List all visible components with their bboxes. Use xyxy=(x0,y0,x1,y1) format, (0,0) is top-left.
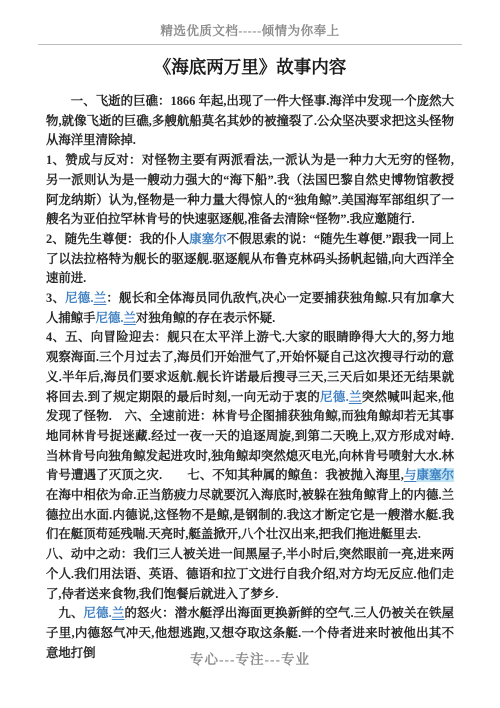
paragraph: 4、五、向冒险迎去：舰只在太平洋上游弋.大家的眼睛睁得大大的,努力地观察海面.三… xyxy=(46,328,454,545)
character-name-link[interactable]: 兰 xyxy=(123,311,135,325)
paragraph-text: 一、飞逝的巨礁：1866 年起,出现了一件大怪事.海洋中发现一个庞然大物,就像飞… xyxy=(46,94,454,147)
paragraph-text: 1、赞成与反对：对怪物主要有两派看法,一派认为是一种力大无穷的怪物,另一派则认为… xyxy=(46,153,454,226)
character-name-link[interactable]: 康塞尔 xyxy=(189,232,226,246)
paragraph-text: 3、 xyxy=(46,291,65,305)
paragraph: 1、赞成与反对：对怪物主要有两派看法,一派认为是一种力大无穷的怪物,另一派则认为… xyxy=(46,151,454,230)
header-text: 精选优质文档-----倾情为你奉上 xyxy=(160,24,339,38)
character-name-link[interactable]: 尼德. xyxy=(65,291,93,305)
header-divider xyxy=(38,44,462,45)
paragraph-text: 2、随先生尊便：我的仆人 xyxy=(46,232,189,246)
character-name-link[interactable]: 兰 xyxy=(93,291,106,305)
paragraph: 3、尼德.兰：舰长和全体海员同仇敌忾,决心一定要捕获独角鲸.只有加拿大人捕鲸手尼… xyxy=(46,289,454,328)
character-name-link[interactable]: 康塞尔 xyxy=(417,468,455,482)
paragraph-text: 对独角鲸的存在表示怀疑. xyxy=(136,311,275,325)
page-title: 《海底两万里》故事内容 xyxy=(0,55,500,79)
character-name-link[interactable]: 兰 xyxy=(349,390,362,404)
page-header: 精选优质文档-----倾情为你奉上 xyxy=(0,0,500,39)
paragraph-text: 九、 xyxy=(58,606,83,620)
character-name-link[interactable]: 尼德. xyxy=(320,390,349,404)
document-body: 一、飞逝的巨礁：1866 年起,出现了一件大怪事.海洋中发现一个庞然大物,就像飞… xyxy=(46,92,454,663)
document-page: 精选优质文档-----倾情为你奉上 《海底两万里》故事内容 一、飞逝的巨礁：18… xyxy=(0,0,500,708)
paragraph-text: 八、动中之动：我们三人被关进一间黑屋子,半小时后,突然眼前一亮,进来两个人.我们… xyxy=(46,547,454,600)
paragraph-text: 在海中相依为命.正当筋疲力尽就要沉入海底时,被躲在独角鲸背上的内德.兰德拉出水面… xyxy=(46,488,454,541)
paragraph: 八、动中之动：我们三人被关进一间黑屋子,半小时后,突然眼前一亮,进来两个人.我们… xyxy=(46,545,454,604)
character-name-link[interactable]: 兰 xyxy=(112,606,125,620)
footer-text: 专心---专注---专业 xyxy=(190,652,310,667)
paragraph: 2、随先生尊便：我的仆人康塞尔不假思索的说：“随先生尊便.”跟我一同上了以法拉格… xyxy=(46,230,454,289)
page-footer: 专心---专注---专业 xyxy=(0,648,500,668)
character-name-link[interactable]: 尼德. xyxy=(84,606,112,620)
character-name-link[interactable]: 与 xyxy=(404,468,417,482)
paragraph: 一、飞逝的巨礁：1866 年起,出现了一件大怪事.海洋中发现一个庞然大物,就像飞… xyxy=(46,92,454,151)
character-name-link[interactable]: 尼德. xyxy=(96,311,124,325)
